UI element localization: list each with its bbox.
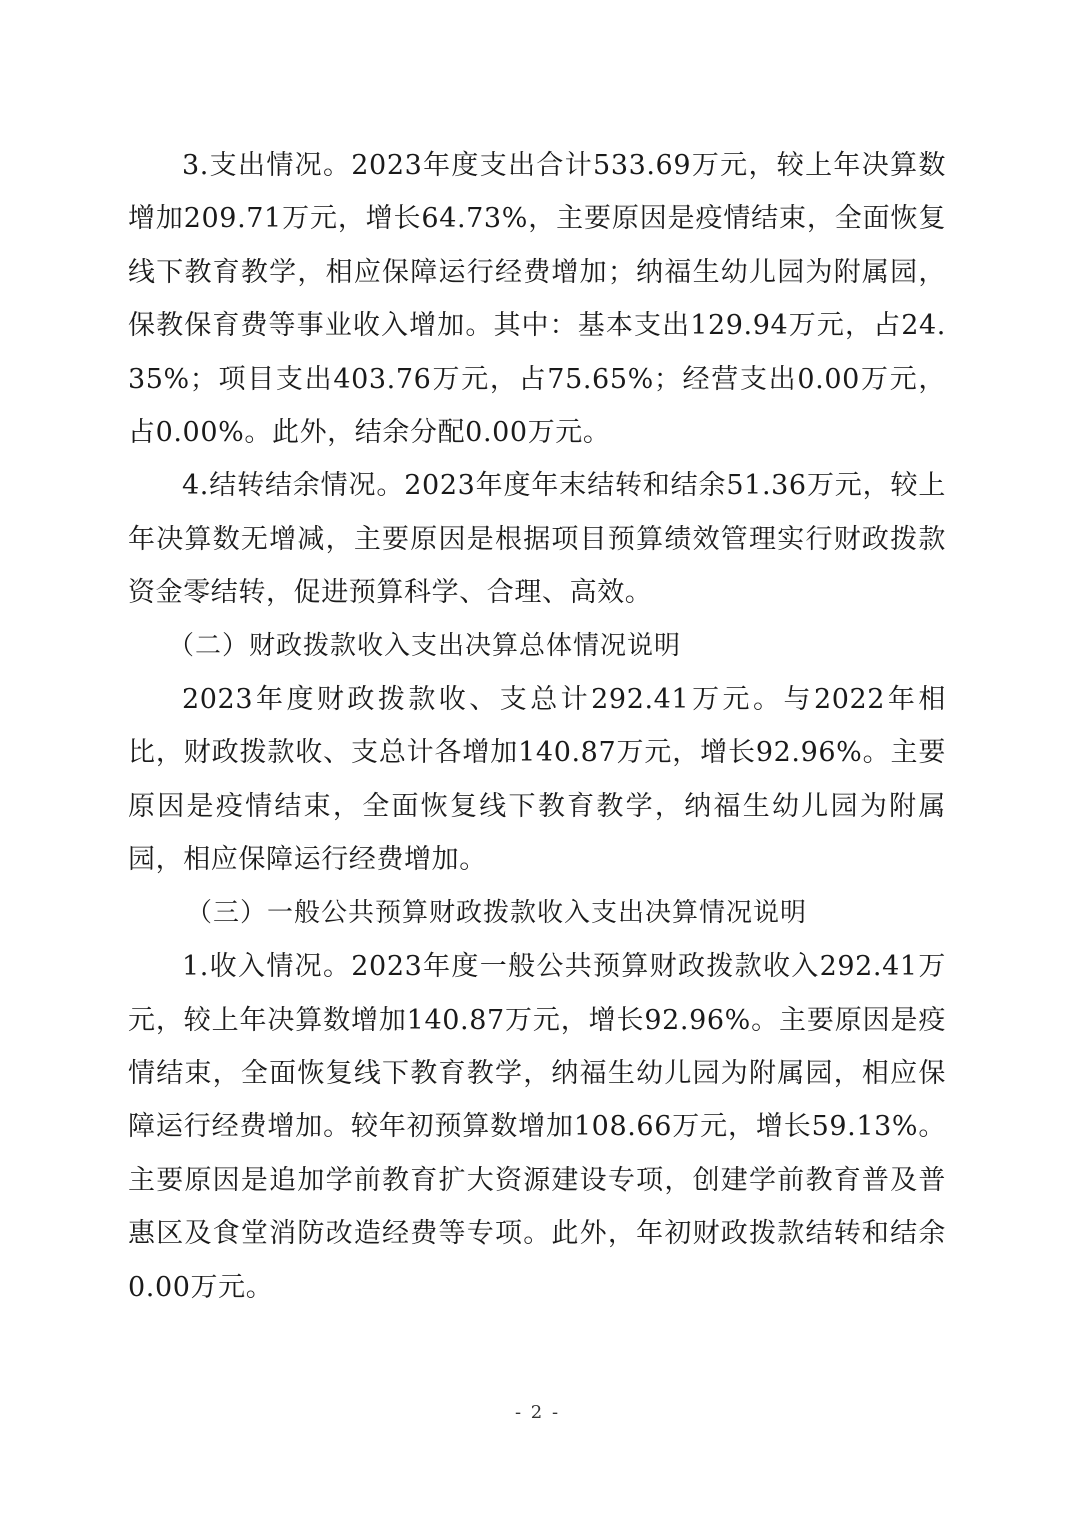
document-body: 3.支出情况。2023年度支出合计533.69万元，较上年决算数增加209.71… [128,139,946,1314]
section-heading-fiscal-overview: （二）财政拨款收入支出决算总体情况说明 [128,620,946,673]
paragraph-carryover-balance: 4.结转结余情况。2023年度年末结转和结余51.36万元，较上年决算数无增减，… [128,459,946,619]
paragraph-expenditure: 3.支出情况。2023年度支出合计533.69万元，较上年决算数增加209.71… [128,139,946,459]
document-page: 3.支出情况。2023年度支出合计533.69万元，较上年决算数增加209.71… [0,0,1075,1520]
paragraph-income: 1.收入情况。2023年度一般公共预算财政拨款收入292.41万元，较上年决算数… [128,940,946,1314]
section-heading-general-budget: （三）一般公共预算财政拨款收入支出决算情况说明 [128,887,946,940]
page-number: - 2 - [0,1402,1075,1423]
paragraph-fiscal-overview: 2023年度财政拨款收、支总计292.41万元。与2022年相比，财政拨款收、支… [128,673,946,887]
